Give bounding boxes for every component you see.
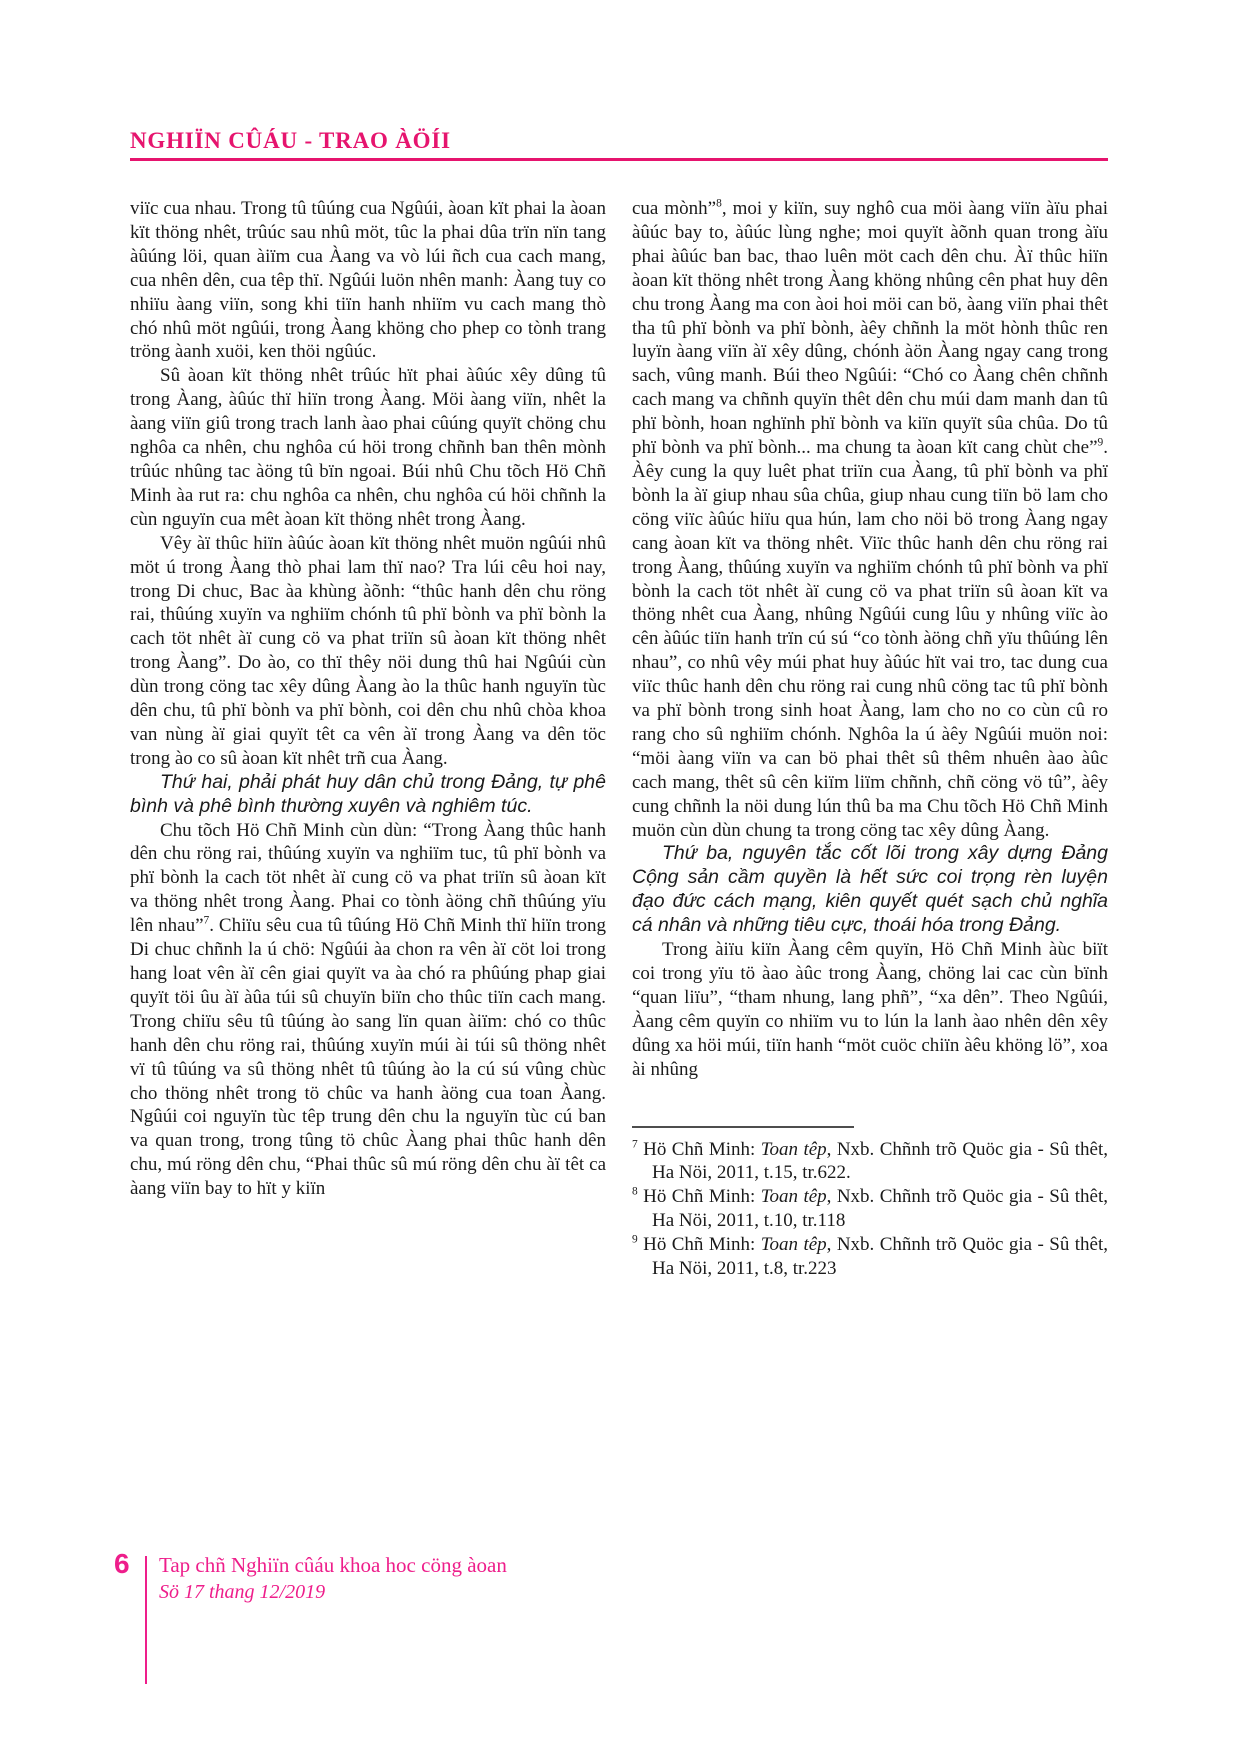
journal-page: NGHIÏN CÛÁU - TRAO ÀÖÍI viïc cua nhau. T…	[0, 0, 1240, 1753]
text-run: viïc cua nhau. Trong tû tûúng cua Ngûúi,…	[130, 198, 606, 362]
footnote: 9 Hö Chñ Minh: Toan têp, Nxb. Chñnh trõ …	[632, 1233, 1108, 1281]
body-paragraph: Chu tõch Hö Chñ Minh cùn dùn: “Trong Àan…	[130, 819, 606, 1202]
text-run: Hö Chñ Minh:	[643, 1186, 761, 1207]
section-header: NGHIÏN CÛÁU - TRAO ÀÖÍI	[130, 128, 1108, 161]
footnote: 7 Hö Chñ Minh: Toan têp, Nxb. Chñnh trõ …	[632, 1138, 1108, 1186]
footer-divider-bar	[145, 1556, 147, 1684]
text-run: Trong àiïu kiïn Àang cêm quyïn, Hö Chñ M…	[632, 939, 1108, 1080]
left-column: viïc cua nhau. Trong tû tûúng cua Ngûúi,…	[130, 197, 606, 1281]
text-run: Sû àoan kït thöng nhêt trûúc hït phai àû…	[130, 365, 606, 529]
section-title: NGHIÏN CÛÁU - TRAO ÀÖÍI	[130, 128, 1108, 154]
right-column: cua mònh”8, moi y kiïn, suy nghô cua möi…	[632, 197, 1108, 1281]
page-number: 6	[114, 1548, 130, 1580]
body-paragraph: Sû àoan kït thöng nhêt trûúc hït phai àû…	[130, 364, 606, 531]
lead-italic-paragraph: Thứ ba, nguyên tắc cốt lõi trong xây dựn…	[632, 842, 1108, 938]
text-run: Hö Chñ Minh:	[643, 1139, 761, 1160]
header-rule	[130, 158, 1108, 161]
journal-title: Tap chñ Nghiïn cûáu khoa hoc cöng àoan	[159, 1552, 507, 1579]
body-paragraph: cua mònh”8, moi y kiïn, suy nghô cua möi…	[632, 197, 1108, 842]
text-run: Toan têp	[761, 1234, 827, 1255]
text-run: cua mònh”	[632, 198, 716, 219]
text-run: , moi y kiïn, suy nghô cua möi àang viïn…	[632, 198, 1108, 458]
text-run: Hö Chñ Minh:	[643, 1234, 761, 1255]
footnote-separator-rule	[632, 1126, 854, 1128]
footer-journal-info: Tap chñ Nghiïn cûáu khoa hoc cöng àoan S…	[159, 1552, 507, 1605]
text-run: Vêy àï thûc hiïn àûúc àoan kït thöng nhê…	[130, 533, 606, 769]
text-run: . Chiïu sêu cua tû tûúng Hö Chñ Minh thï…	[130, 915, 606, 1199]
article-body: viïc cua nhau. Trong tû tûúng cua Ngûúi,…	[130, 197, 1108, 1281]
text-run: . Àêy cung la quy luêt phat triïn cua Àa…	[632, 437, 1108, 841]
footnotes: 7 Hö Chñ Minh: Toan têp, Nxb. Chñnh trõ …	[632, 1126, 1108, 1281]
footnote-number: 9	[632, 1234, 638, 1246]
footnote-number: 7	[632, 1138, 638, 1150]
body-paragraph: Vêy àï thûc hiïn àûúc àoan kït thöng nhê…	[130, 532, 606, 771]
body-paragraph: viïc cua nhau. Trong tû tûúng cua Ngûúi,…	[130, 197, 606, 364]
lead-italic-paragraph: Thứ hai, phải phát huy dân chủ trong Đản…	[130, 771, 606, 819]
footnote-number: 8	[632, 1186, 638, 1198]
journal-issue: Sö 17 thang 12/2019	[159, 1579, 507, 1605]
text-run: Thứ ba, nguyên tắc cốt lõi trong xây dựn…	[632, 842, 1108, 936]
text-run: Toan têp	[761, 1186, 827, 1207]
footnote: 8 Hö Chñ Minh: Toan têp, Nxb. Chñnh trõ …	[632, 1185, 1108, 1233]
text-run: Toan têp	[761, 1139, 827, 1160]
body-paragraph: Trong àiïu kiïn Àang cêm quyïn, Hö Chñ M…	[632, 938, 1108, 1081]
text-run: Thứ hai, phải phát huy dân chủ trong Đản…	[130, 771, 606, 817]
